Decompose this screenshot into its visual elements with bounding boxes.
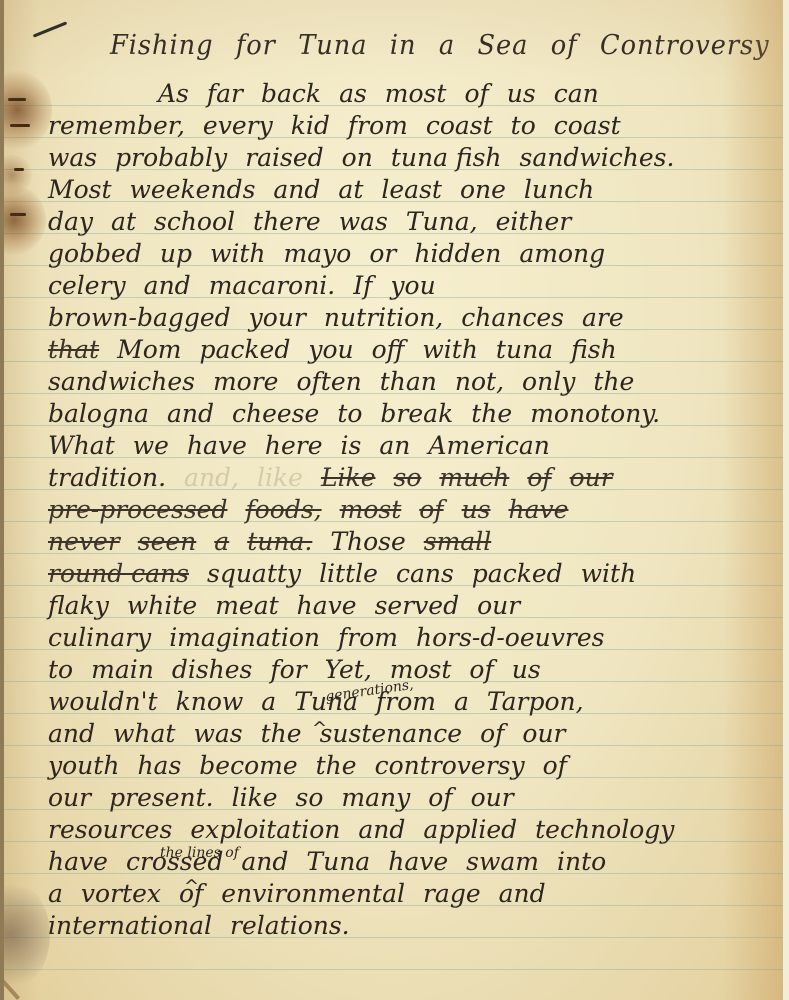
word: rage: [423, 878, 481, 910]
word: to: [511, 110, 536, 142]
word: for: [270, 654, 306, 686]
word: with: [422, 334, 478, 366]
word: one: [460, 174, 506, 206]
struck-word: Like: [321, 462, 376, 494]
word: was: [48, 142, 97, 174]
page-title: Fishing for Tuna in a Sea of Controversy: [110, 30, 737, 61]
word: coast: [554, 110, 621, 142]
word: like: [257, 462, 303, 494]
text-line: WhatwehavehereisanAmerican: [48, 430, 568, 462]
word: dishes: [172, 654, 253, 686]
text-line: avortexofenvironmentalrageand: [48, 878, 564, 910]
word: culinary: [48, 622, 151, 654]
word: white: [127, 590, 197, 622]
word: meat: [215, 590, 278, 622]
word: have: [388, 846, 448, 878]
word: imagination: [169, 622, 320, 654]
word: among: [519, 238, 605, 270]
word: cheese: [232, 398, 319, 430]
insertion-caret: ^: [184, 876, 199, 897]
word: mayo: [284, 238, 352, 270]
binder-mark: [10, 124, 30, 127]
word: tuna fish: [391, 142, 502, 174]
word: of: [469, 654, 493, 686]
rust-stain: [0, 185, 46, 255]
binder-mark: [10, 213, 26, 216]
word: so: [296, 782, 324, 814]
word: of: [543, 750, 567, 782]
word: our: [522, 718, 565, 750]
word: of: [480, 718, 504, 750]
water-stain: [0, 880, 50, 990]
word: served: [375, 590, 460, 622]
text-line: thatMompackedyouoffwithtunafish: [48, 334, 635, 366]
word: As: [158, 78, 189, 110]
rule-line: [0, 969, 783, 970]
word: at: [338, 174, 363, 206]
word: or: [369, 238, 396, 270]
struck-word: us: [462, 494, 491, 526]
word: youth: [48, 750, 119, 782]
word: Those: [330, 526, 405, 558]
word: more: [213, 366, 279, 398]
struck-word: small: [424, 526, 491, 558]
word: of: [464, 78, 488, 110]
word: you: [390, 270, 435, 302]
struck-word: our: [570, 462, 613, 494]
word: not,: [455, 366, 504, 398]
word: our: [48, 782, 91, 814]
word: to: [337, 398, 362, 430]
word: only: [522, 366, 575, 398]
word: and: [144, 270, 191, 302]
word: tuna: [496, 334, 553, 366]
word: monotony.: [530, 398, 660, 430]
word: sandwiches.: [520, 142, 675, 174]
word: American: [428, 430, 550, 462]
text-line: celeryandmacaroni.Ifyou: [48, 270, 454, 302]
word: often: [296, 366, 361, 398]
word: to: [48, 654, 73, 686]
word: of: [428, 782, 452, 814]
text-line: tomaindishesforYet,mostofus: [48, 654, 559, 686]
word: Tuna: [306, 846, 370, 878]
word: kid: [291, 110, 330, 142]
word: a: [261, 686, 276, 718]
word: If: [353, 270, 372, 302]
word: gobbed: [48, 238, 142, 270]
text-line: havecrossedandTunahaveswaminto: [48, 846, 624, 878]
word: exploitation: [190, 814, 340, 846]
word: and: [48, 718, 95, 750]
word: like: [232, 782, 278, 814]
text-line: gobbedupwithmayoorhiddenamong: [48, 238, 623, 270]
word: Tuna,: [406, 206, 478, 238]
notebook-page: Fishing for Tuna in a Sea of Controversy…: [0, 0, 783, 1000]
word: has: [137, 750, 181, 782]
word: day: [48, 206, 93, 238]
word: school: [154, 206, 235, 238]
text-line: ourpresent.likesomanyofour: [48, 782, 532, 814]
word: than: [380, 366, 437, 398]
word: flaky: [48, 590, 109, 622]
word: the: [593, 366, 634, 398]
word: celery: [48, 270, 126, 302]
word: the: [471, 398, 512, 430]
word: Tarpon,: [487, 686, 584, 718]
word: was: [193, 718, 242, 750]
word: was: [339, 206, 388, 238]
background-strip: [783, 0, 789, 1000]
word: every: [203, 110, 273, 142]
word: what: [113, 718, 175, 750]
word: main: [91, 654, 154, 686]
word: our: [477, 590, 520, 622]
word: vortex: [81, 878, 161, 910]
binder-mark: [14, 168, 24, 171]
word: up: [160, 238, 192, 270]
word: become: [199, 750, 297, 782]
word: wouldn't: [48, 686, 158, 718]
struck-word: so: [394, 462, 422, 494]
word: with: [581, 558, 637, 590]
text-line: Mostweekendsandatleastonelunch: [48, 174, 612, 206]
word: most: [385, 78, 447, 110]
word: with: [210, 238, 266, 270]
word: least: [381, 174, 442, 206]
word: raised: [245, 142, 323, 174]
text-line: round canssquattylittlecanspackedwith: [48, 558, 654, 590]
word: macaroni.: [209, 270, 336, 302]
word: little: [319, 558, 378, 590]
word: at: [111, 206, 136, 238]
word: we: [133, 430, 169, 462]
word: tradition.: [48, 462, 166, 494]
word: a: [454, 686, 469, 718]
paper-edge: [0, 0, 4, 1000]
text-line: culinaryimaginationfromhors-d-oeuvres: [48, 622, 622, 654]
rust-stain: [0, 70, 52, 150]
text-line: resourcesexploitationandappliedtechnolog…: [48, 814, 692, 846]
text-line: wasprobablyraisedontuna fishsandwiches.: [48, 142, 692, 174]
struck-word: seen: [138, 526, 197, 558]
struck-word: of: [527, 462, 551, 494]
word: applied: [423, 814, 517, 846]
word: as: [339, 78, 367, 110]
word: our: [471, 782, 514, 814]
word: off: [372, 334, 405, 366]
word: us: [507, 78, 536, 110]
word: back: [261, 78, 321, 110]
word: swam: [466, 846, 539, 878]
word: chances: [461, 302, 564, 334]
text-line: neverseenatuna.Thosesmall: [48, 526, 509, 558]
word: have: [187, 430, 247, 462]
word: into: [557, 846, 606, 878]
struck-word: a: [214, 526, 229, 558]
word: lunch: [524, 174, 594, 206]
word: far: [207, 78, 243, 110]
struck-word: most: [340, 494, 402, 526]
word: you: [308, 334, 353, 366]
word: have: [297, 590, 357, 622]
struck-word: pre-processed: [48, 494, 227, 526]
word: cans: [396, 558, 454, 590]
text-line: Asfarbackasmostofuscan: [158, 78, 617, 110]
page-number-mark: [33, 21, 68, 37]
word: there: [253, 206, 321, 238]
word: hors-d-oeuvres: [416, 622, 604, 654]
word: Most: [48, 174, 112, 206]
struck-word: round cans: [48, 558, 189, 590]
text-line: youthhasbecomethecontroversyof: [48, 750, 585, 782]
word: environmental: [221, 878, 405, 910]
word: and: [358, 814, 405, 846]
struck-word: of: [419, 494, 443, 526]
word: and,: [184, 462, 239, 494]
struck-word: have: [509, 494, 569, 526]
insertion-caret: ^: [312, 718, 327, 739]
word: is: [341, 430, 362, 462]
word: nutrition,: [324, 302, 443, 334]
struck-word: much: [439, 462, 509, 494]
word: have: [48, 846, 108, 878]
word: resources: [48, 814, 172, 846]
word: either: [496, 206, 572, 238]
word: probably: [115, 142, 227, 174]
word: a: [48, 878, 63, 910]
word: from: [338, 622, 398, 654]
word: present.: [109, 782, 213, 814]
text-line: balognaandcheesetobreakthemonotony.: [48, 398, 678, 430]
word: international: [48, 910, 212, 942]
word: packed: [472, 558, 563, 590]
text-line: sandwichesmoreoftenthannot,onlythe: [48, 366, 652, 398]
word: and: [167, 398, 214, 430]
word: coast: [426, 110, 493, 142]
word: controversy: [375, 750, 525, 782]
text-line: tradition.and,likeLikesomuchofour: [48, 462, 631, 494]
word: brown-bagged: [48, 302, 231, 334]
word: many: [341, 782, 410, 814]
word: on: [342, 142, 373, 174]
word: here: [265, 430, 323, 462]
word: packed: [199, 334, 290, 366]
word: technology: [535, 814, 674, 846]
word: can: [554, 78, 599, 110]
word: fish: [571, 334, 617, 366]
word: are: [582, 302, 624, 334]
struck-word: tuna.: [247, 526, 312, 558]
word: and: [499, 878, 546, 910]
word: hidden: [414, 238, 501, 270]
word: us: [512, 654, 541, 686]
text-line: internationalrelations.: [48, 910, 368, 942]
binder-mark: [8, 98, 26, 101]
word: the: [261, 718, 302, 750]
word: the: [316, 750, 357, 782]
insertion-the-lines-of: the lines of: [160, 845, 239, 861]
text-line: dayatschooltherewasTuna,either: [48, 206, 589, 238]
word: Mom: [117, 334, 181, 366]
struck-word: foods,: [245, 494, 321, 526]
word: remember,: [48, 110, 185, 142]
word: sandwiches: [48, 366, 195, 398]
word: an: [379, 430, 410, 462]
word: squatty: [207, 558, 301, 590]
word: balogna: [48, 398, 149, 430]
word: What: [48, 430, 115, 462]
text-line: remember,everykidfromcoasttocoast: [48, 110, 639, 142]
text-line: brown-baggedyournutrition,chancesare: [48, 302, 642, 334]
struck-word: never: [48, 526, 120, 558]
word: and: [273, 174, 320, 206]
word: sustenance: [320, 718, 463, 750]
text-line: flakywhitemeathaveservedour: [48, 590, 538, 622]
word: from: [348, 110, 408, 142]
struck-word: that: [48, 334, 99, 366]
word: and: [241, 846, 288, 878]
word: weekends: [130, 174, 256, 206]
word: relations.: [230, 910, 350, 942]
word: Yet,: [325, 654, 372, 686]
word: know: [176, 686, 244, 718]
word: break: [380, 398, 453, 430]
word: your: [249, 302, 306, 334]
text-line: pre-processedfoods,mostofushave: [48, 494, 586, 526]
